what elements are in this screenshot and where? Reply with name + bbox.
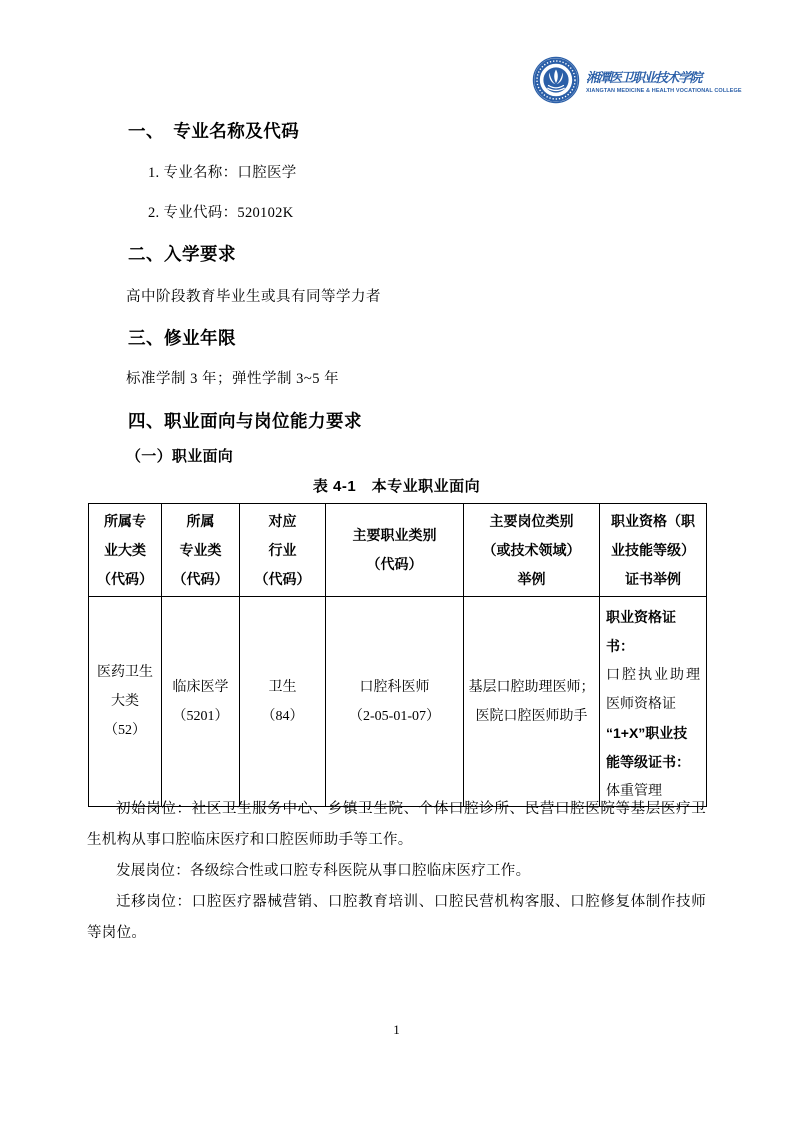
header-positions: 主要岗位类别 （或技术领域） 举例 xyxy=(464,504,600,597)
school-emblem-icon xyxy=(532,56,580,104)
header-industry: 对应 行业 （代码） xyxy=(240,504,326,597)
certificate-1x-label: “1+X”职业技能等级证书： xyxy=(606,719,700,777)
study-duration-text: 标准学制 3 年；弹性学制 3~5 年 xyxy=(126,367,339,391)
section-1-heading: 一、 专业名称及代码 xyxy=(128,119,299,143)
certificate-type-label: 职业资格证书： xyxy=(606,603,700,661)
section-3-heading: 三、修业年限 xyxy=(128,326,236,350)
table-header-row: 所属专 业大类 （代码） 所属 专业类 （代码） 对应 行业 （代码） 主要职业… xyxy=(89,504,707,597)
career-table: 所属专 业大类 （代码） 所属 专业类 （代码） 对应 行业 （代码） 主要职业… xyxy=(88,503,707,807)
header-occupation: 主要职业类别 （代码） xyxy=(326,504,464,597)
cell-occupation: 口腔科医师 （2-05-01-07） xyxy=(326,597,464,807)
major-code-item: 2. 专业代码：520102K xyxy=(148,202,293,224)
table-caption: 表 4-1 本专业职业面向 xyxy=(88,476,705,498)
header-major-class: 所属 专业类 （代码） xyxy=(162,504,240,597)
school-name-english: XIANGTAN MEDICINE & HEALTH VOCATIONAL CO… xyxy=(586,88,742,94)
cell-major-class: 临床医学 （5201） xyxy=(162,597,240,807)
development-position-paragraph: 发展岗位：各级综合性或口腔专科医院从事口腔临床医疗工作。 xyxy=(87,856,706,887)
subsection-4-1-heading: （一）职业面向 xyxy=(126,446,233,468)
initial-position-paragraph: 初始岗位：社区卫生服务中心、乡镇卫生院、个体口腔诊所、民营口腔医院等基层医疗卫生… xyxy=(87,794,706,856)
cell-industry: 卫生 （84） xyxy=(240,597,326,807)
table-data-row: 医药卫生 大类 （52） 临床医学 （5201） 卫生 （84） 口腔科医师 （… xyxy=(89,597,707,807)
header-major-category: 所属专 业大类 （代码） xyxy=(89,504,162,597)
header-certificates: 职业资格（职 业技能等级） 证书举例 xyxy=(600,504,707,597)
school-name-chinese: 湘潭医卫职业技术学院 xyxy=(586,67,742,86)
cell-positions: 基层口腔助理医师； 医院口腔医师助手 xyxy=(464,597,600,807)
admission-requirement-text: 高中阶段教育毕业生或具有同等学力者 xyxy=(126,285,381,309)
transfer-position-paragraph: 迁移岗位：口腔医疗器械营销、口腔教育培训、口腔民营机构客服、口腔修复体制作技师等… xyxy=(87,887,706,949)
document-page: 湘潭医卫职业技术学院 XIANGTAN MEDICINE & HEALTH VO… xyxy=(0,0,793,1122)
section-2-heading: 二、入学要求 xyxy=(128,242,236,266)
section-4-heading: 四、职业面向与岗位能力要求 xyxy=(128,409,362,433)
school-logo: 湘潭医卫职业技术学院 XIANGTAN MEDICINE & HEALTH VO… xyxy=(532,56,742,104)
major-name-item: 1. 专业名称：口腔医学 xyxy=(148,162,297,184)
position-paragraphs: 初始岗位：社区卫生服务中心、乡镇卫生院、个体口腔诊所、民营口腔医院等基层医疗卫生… xyxy=(87,794,706,949)
cell-major-category: 医药卫生 大类 （52） xyxy=(89,597,162,807)
school-logo-text: 湘潭医卫职业技术学院 XIANGTAN MEDICINE & HEALTH VO… xyxy=(586,67,742,94)
cell-certificates: 职业资格证书： 口腔执业助理医师资格证 “1+X”职业技能等级证书： 体重管理 xyxy=(600,597,707,807)
page-number: 1 xyxy=(0,1021,793,1039)
certificate-name: 口腔执业助理医师资格证 xyxy=(606,661,700,719)
